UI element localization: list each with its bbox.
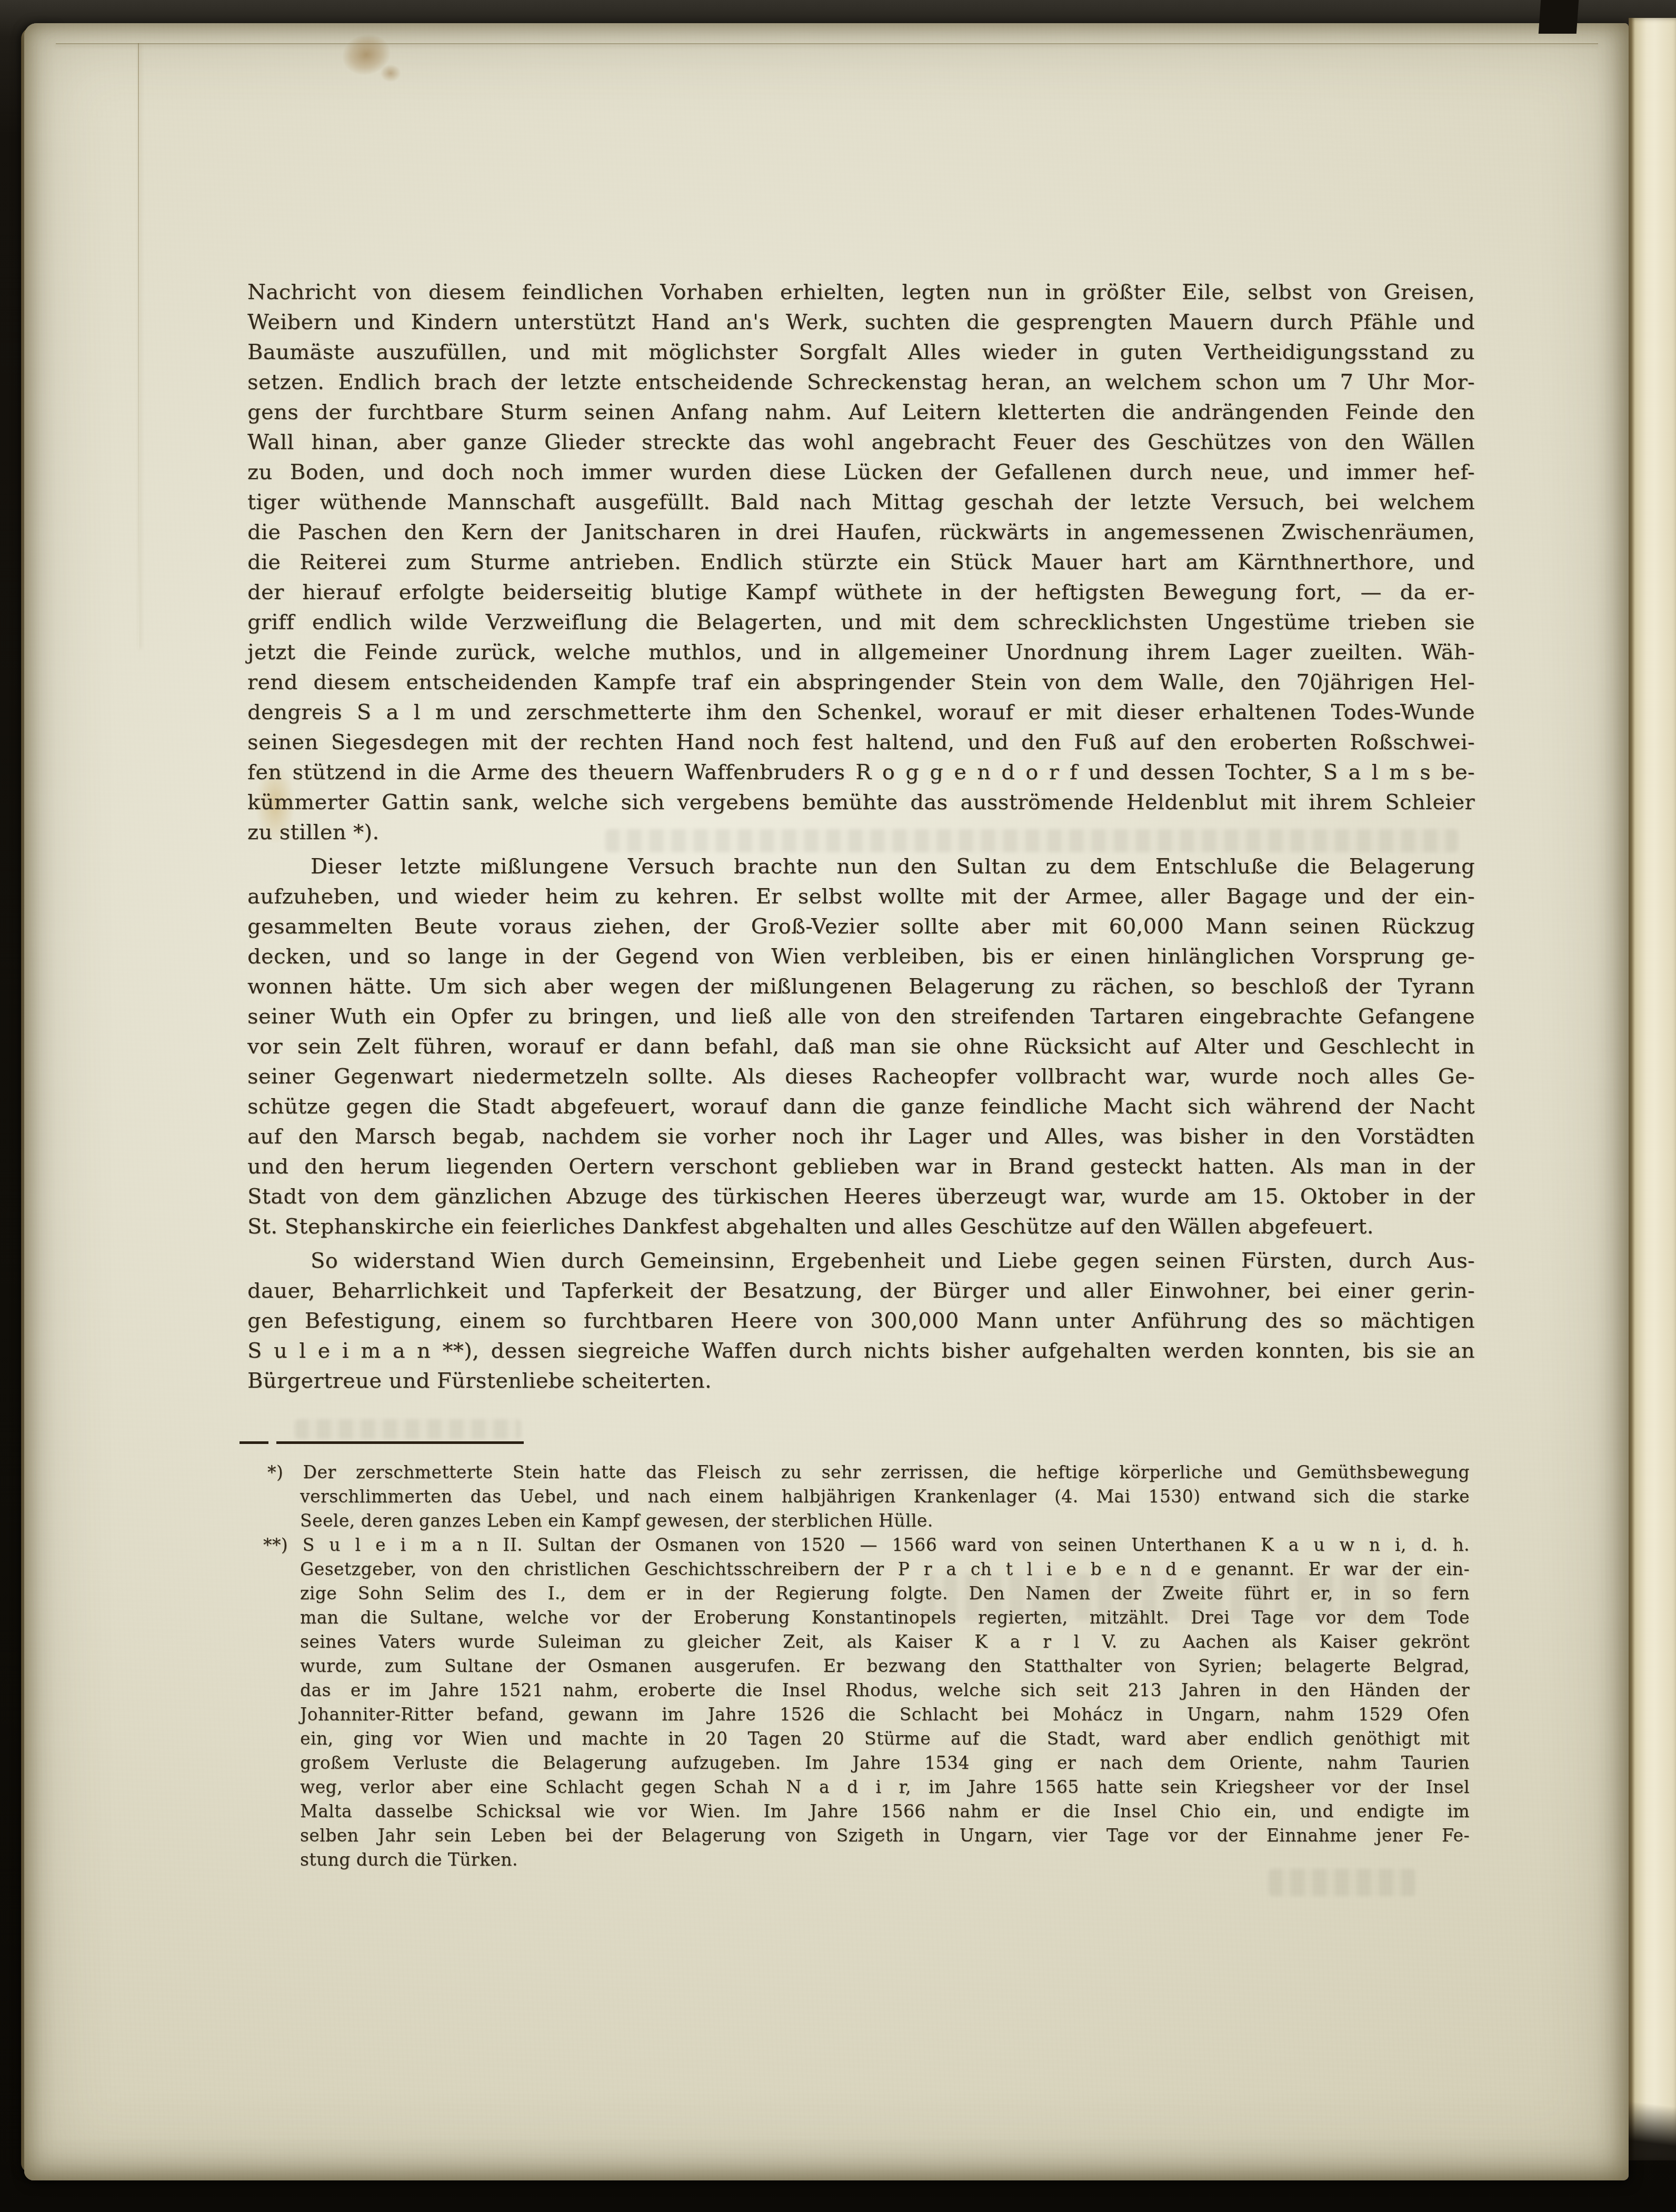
- text-line: seiner Wuth ein Opfer zu bringen, und li…: [247, 1002, 1475, 1032]
- footnote-suleiman: **) S u l e i m a n II. Sultan der Osman…: [263, 1533, 1470, 1872]
- text-line: tiger wüthende Mannschaft ausgefüllt. Ba…: [247, 487, 1475, 517]
- text-line: St. Stephanskirche ein feierliches Dankf…: [247, 1212, 1475, 1242]
- text-line: vor sein Zelt führen, worauf er dann bef…: [247, 1032, 1475, 1062]
- text-line: dengreis S a l m und zerschmetterte ihm …: [247, 698, 1475, 728]
- text-line: zu stillen *).: [247, 818, 1475, 848]
- text-line: kümmerter Gattin sank, welche sich verge…: [247, 788, 1475, 818]
- ink-stain: [338, 29, 395, 80]
- text-line: Weibern und Kindern unterstützt Hand an'…: [247, 307, 1475, 337]
- footnote-line: das er im Jahre 1521 nahm, eroberte die …: [263, 1678, 1470, 1702]
- footnote-line: weg, verlor aber eine Schlacht gegen Sch…: [263, 1775, 1470, 1799]
- book-page: Nachricht von diesem feindlichen Vorhabe…: [24, 23, 1629, 2180]
- footnote-line: zige Sohn Selim des I., dem er in der Re…: [263, 1581, 1470, 1606]
- text-line: rend diesem entscheidenden Kampfe traf e…: [247, 667, 1475, 698]
- footnote-line: wurde, zum Sultane der Osmanen ausgerufe…: [263, 1654, 1470, 1678]
- text-line: Nachricht von diesem feindlichen Vorhabe…: [247, 277, 1475, 307]
- text-line: Stadt von dem gänzlichen Abzuge des türk…: [247, 1182, 1475, 1212]
- footnotes-block: *) Der zerschmetterte Stein hatte das Fl…: [263, 1460, 1470, 1872]
- text-line: seinen Siegesdegen mit der rechten Hand …: [247, 728, 1475, 758]
- footnote-line: stung durch die Türken.: [263, 1848, 1470, 1872]
- text-line: griff endlich wilde Verzweiflung die Bel…: [247, 607, 1475, 637]
- text-line: gens der furchtbare Sturm seinen Anfang …: [247, 397, 1475, 427]
- book-scan-background: Nachricht von diesem feindlichen Vorhabe…: [0, 0, 1676, 2212]
- text-line: jetzt die Feinde zurück, welche muthlos,…: [247, 637, 1475, 667]
- page-crease-vertical: [138, 43, 139, 649]
- footnote-line: Malta dasselbe Schicksal wie vor Wien. I…: [263, 1799, 1470, 1824]
- text-line: die Reiterei zum Sturme antrieben. Endli…: [247, 547, 1475, 577]
- footnote-salm: *) Der zerschmetterte Stein hatte das Fl…: [263, 1460, 1470, 1533]
- footnote-line: selben Jahr sein Leben bei der Belagerun…: [263, 1824, 1470, 1848]
- paragraph-2: Dieser letzte mißlungene Versuch brachte…: [247, 852, 1475, 1242]
- footnote-line: Seele, deren ganzes Leben ein Kampf gewe…: [263, 1509, 1470, 1533]
- footnote-divider: [240, 1441, 524, 1444]
- footnote-line: verschlimmerten das Uebel, und nach eine…: [263, 1484, 1470, 1509]
- text-line: aufzuheben, und wieder heim zu kehren. E…: [247, 882, 1475, 912]
- text-line: decken, und so lange in der Gegend von W…: [247, 942, 1475, 972]
- footnote-line: *) Der zerschmetterte Stein hatte das Fl…: [263, 1460, 1470, 1484]
- text-line: zu Boden, und doch noch immer wurden die…: [247, 457, 1475, 487]
- text-line: Wall hinan, aber ganze Glieder streckte …: [247, 427, 1475, 457]
- next-page-fore-edge: [1629, 18, 1676, 2160]
- text-line: fen stützend in die Arme des theuern Waf…: [247, 758, 1475, 788]
- paragraph-3: So widerstand Wien durch Gemeinsinn, Erg…: [247, 1246, 1475, 1396]
- binding-shadow: [1539, 0, 1579, 34]
- main-text-block: Nachricht von diesem feindlichen Vorhabe…: [247, 277, 1475, 1396]
- text-line: und den herum liegenden Oertern verschon…: [247, 1152, 1475, 1182]
- text-line: Baumäste auszufüllen, und mit möglichste…: [247, 337, 1475, 367]
- footnote-line: Johanniter-Ritter befand, gewann im Jahr…: [263, 1702, 1470, 1727]
- footnote-line: man die Sultane, welche vor der Eroberun…: [263, 1606, 1470, 1630]
- paragraph-1: Nachricht von diesem feindlichen Vorhabe…: [247, 277, 1475, 848]
- show-through-smudge: [1269, 1869, 1416, 1896]
- footnote-line: **) S u l e i m a n II. Sultan der Osman…: [263, 1533, 1470, 1557]
- footnote-line: seines Vaters wurde Suleiman zu gleicher…: [263, 1630, 1470, 1654]
- page-crease-horizontal: [56, 43, 1598, 44]
- footnote-line: großem Verluste die Belagerung aufzugebe…: [263, 1751, 1470, 1775]
- text-line: dauer, Beharrlichkeit und Tapferkeit der…: [247, 1276, 1475, 1306]
- text-line: die Paschen den Kern der Janitscharen in…: [247, 517, 1475, 547]
- text-line: seiner Gegenwart niedermetzeln sollte. A…: [247, 1062, 1475, 1092]
- ink-stain-small: [380, 64, 401, 82]
- text-line: gen Befestigung, einem so furchtbaren He…: [247, 1306, 1475, 1336]
- show-through-smudge: [295, 1419, 521, 1439]
- text-line: gesammelten Beute voraus ziehen, der Gro…: [247, 912, 1475, 942]
- text-line: auf den Marsch begab, nachdem sie vorher…: [247, 1122, 1475, 1152]
- footnote-line: Gesetzgeber, von den christlichen Geschi…: [263, 1557, 1470, 1581]
- text-line: der hierauf erfolgte beiderseitig blutig…: [247, 577, 1475, 607]
- text-line: Dieser letzte mißlungene Versuch brachte…: [247, 852, 1475, 882]
- footnote-line: ein, ging vor Wien und machte in 20 Tage…: [263, 1727, 1470, 1751]
- text-line: setzen. Endlich brach der letzte entsche…: [247, 367, 1475, 397]
- text-line: Bürgertreue und Fürstenliebe scheiterten…: [247, 1366, 1475, 1396]
- text-line: S u l e i m a n **), dessen siegreiche W…: [247, 1336, 1475, 1366]
- text-line: So widerstand Wien durch Gemeinsinn, Erg…: [247, 1246, 1475, 1276]
- text-line: wonnen hätte. Um sich aber wegen der miß…: [247, 972, 1475, 1002]
- text-line: schütze gegen die Stadt abgefeuert, wora…: [247, 1092, 1475, 1122]
